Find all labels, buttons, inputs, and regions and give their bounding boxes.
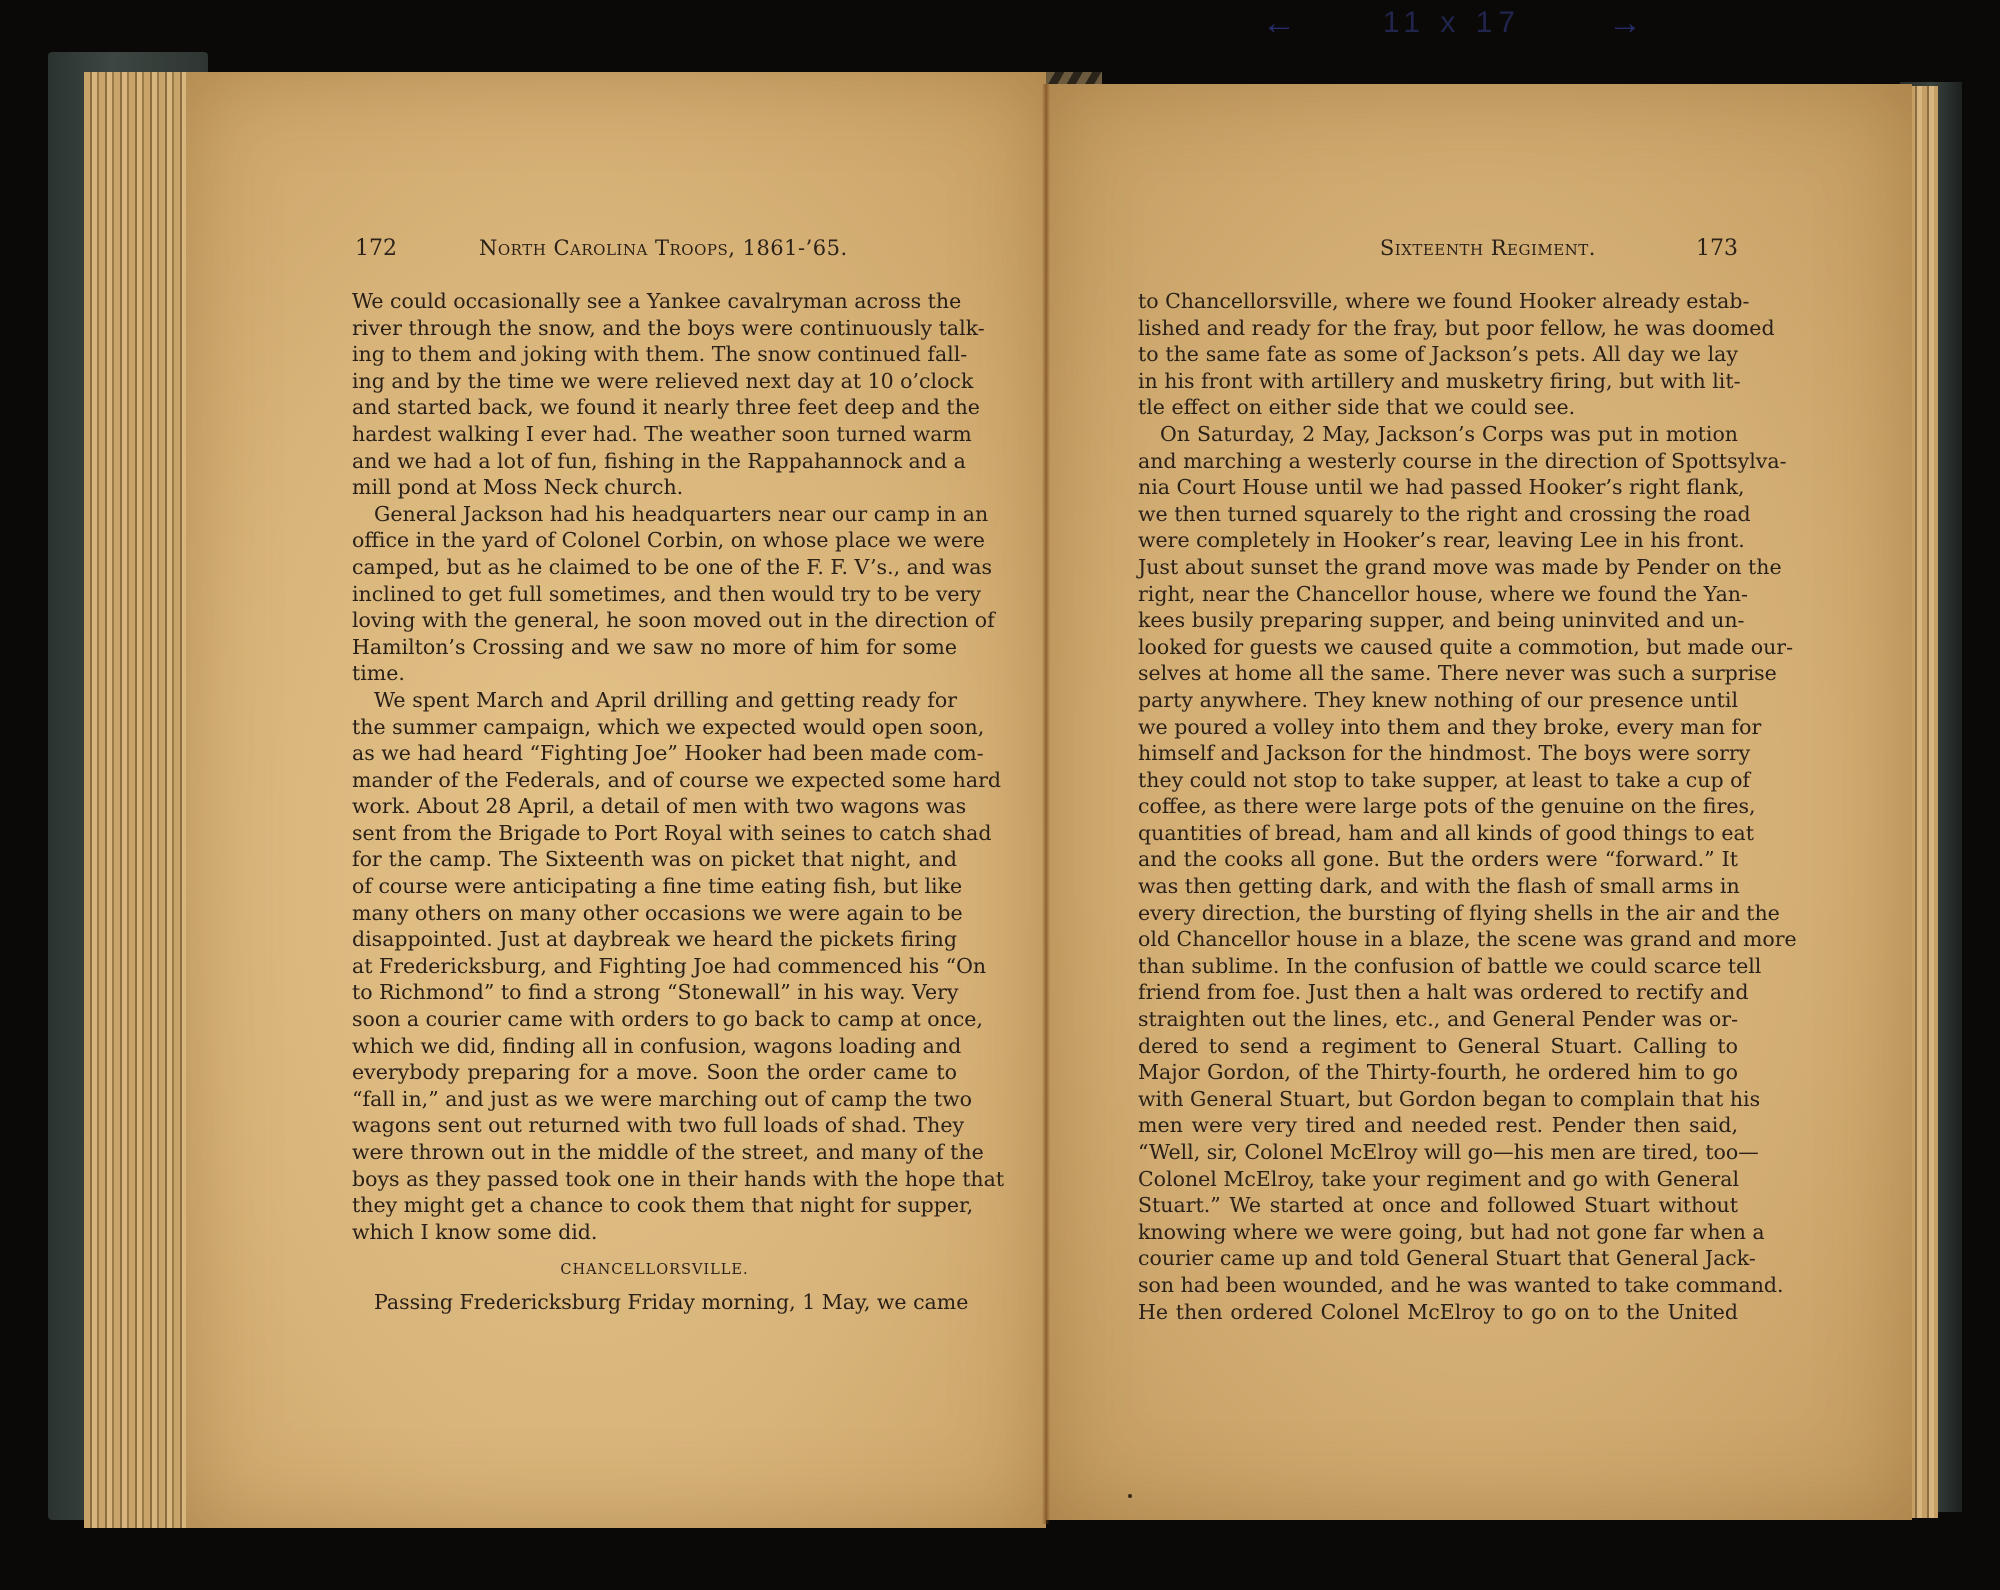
text-line: mill pond at Moss Neck church. <box>352 474 957 501</box>
text-line: We spent March and April drilling and ge… <box>352 687 957 714</box>
text-line: We could occasionally see a Yankee caval… <box>352 288 957 315</box>
text-line: old Chancellor house in a blaze, the sce… <box>1138 926 1738 953</box>
text-line: of course were anticipating a fine time … <box>352 873 957 900</box>
text-line: coffee, as there were large pots of the … <box>1138 793 1738 820</box>
text-line: friend from foe. Just then a halt was or… <box>1138 979 1738 1006</box>
text-line: son had been wounded, and he was wanted … <box>1138 1272 1738 1299</box>
page-number-left: 172 <box>355 236 397 261</box>
text-line: ing to them and joking with them. The sn… <box>352 341 957 368</box>
text-line: and started back, we found it nearly thr… <box>352 394 957 421</box>
text-line: for the camp. The Sixteenth was on picke… <box>352 846 957 873</box>
text-line: they could not stop to take supper, at l… <box>1138 767 1738 794</box>
text-line: and we had a lot of fun, fishing in the … <box>352 448 957 475</box>
text-line: many others on many other occasions we w… <box>352 900 957 927</box>
paper-speck <box>1128 1494 1132 1498</box>
text-line: loving with the general, he soon moved o… <box>352 607 957 634</box>
running-title-right: Sixteenth Regiment. <box>1380 236 1596 260</box>
section-heading: CHANCELLORSVILLE. <box>352 1245 957 1289</box>
text-line: Hamilton’s Crossing and we saw no more o… <box>352 634 957 661</box>
text-line: to Chancellorsville, where we found Hook… <box>1138 288 1738 315</box>
left-page-body: We could occasionally see a Yankee caval… <box>352 288 957 1316</box>
text-line: kees busily preparing supper, and being … <box>1138 607 1738 634</box>
text-line: He then ordered Colonel McElroy to go on… <box>1138 1299 1738 1326</box>
text-line: we poured a volley into them and they br… <box>1138 714 1738 741</box>
page-number-right: 173 <box>1696 236 1738 261</box>
text-line: which we did, finding all in confusion, … <box>352 1033 957 1060</box>
text-line: inclined to get full sometimes, and then… <box>352 581 957 608</box>
page-edges-right <box>1910 86 1938 1518</box>
text-line: at Fredericksburg, and Fighting Joe had … <box>352 953 957 980</box>
text-line: and marching a westerly course in the di… <box>1138 448 1738 475</box>
text-line: were completely in Hooker’s rear, leavin… <box>1138 527 1738 554</box>
left-running-head: 172 North Carolina Troops, 1861-’65. <box>355 236 955 266</box>
text-line: straighten out the lines, etc., and Gene… <box>1138 1006 1738 1033</box>
text-line: right, near the Chancellor house, where … <box>1138 581 1738 608</box>
text-line: with General Stuart, but Gordon began to… <box>1138 1086 1738 1113</box>
text-line: river through the snow, and the boys wer… <box>352 315 957 342</box>
text-line: to the same fate as some of Jackson’s pe… <box>1138 341 1738 368</box>
text-line: everybody preparing for a move. Soon the… <box>352 1059 957 1086</box>
text-line: disappointed. Just at daybreak we heard … <box>352 926 957 953</box>
text-line: time. <box>352 660 957 687</box>
text-line: to Richmond” to find a strong “Stonewall… <box>352 979 957 1006</box>
text-line: Colonel McElroy, take your regiment and … <box>1138 1166 1738 1193</box>
text-line: ing and by the time we were relieved nex… <box>352 368 957 395</box>
text-line: “fall in,” and just as we were marching … <box>352 1086 957 1113</box>
text-line: boys as they passed took one in their ha… <box>352 1166 957 1193</box>
text-line: himself and Jackson for the hindmost. Th… <box>1138 740 1738 767</box>
arrow-right-icon: → <box>1608 4 1642 43</box>
text-line: every direction, the bursting of flying … <box>1138 900 1738 927</box>
text-line: they might get a chance to cook them tha… <box>352 1192 957 1219</box>
text-line: Passing Fredericksburg Friday morning, 1… <box>352 1289 957 1316</box>
text-line: sent from the Brigade to Port Royal with… <box>352 820 957 847</box>
text-line: tle effect on either side that we could … <box>1138 394 1738 421</box>
text-line: we then turned squarely to the right and… <box>1138 501 1738 528</box>
running-title-left: North Carolina Troops, 1861-’65. <box>479 236 848 260</box>
text-line: General Jackson had his headquarters nea… <box>352 501 957 528</box>
text-line: which I know some did. <box>352 1219 957 1246</box>
text-line: selves at home all the same. There never… <box>1138 660 1738 687</box>
text-line: camped, but as he claimed to be one of t… <box>352 554 957 581</box>
text-line: the summer campaign, which we expected w… <box>352 714 957 741</box>
text-line: Stuart.” We started at once and followed… <box>1138 1192 1738 1219</box>
text-line: dered to send a regiment to General Stua… <box>1138 1033 1738 1060</box>
text-line: work. About 28 April, a detail of men wi… <box>352 793 957 820</box>
text-line: courier came up and told General Stuart … <box>1138 1245 1738 1272</box>
text-line: knowing where we were going, but had not… <box>1138 1219 1738 1246</box>
text-line: as we had heard “Fighting Joe” Hooker ha… <box>352 740 957 767</box>
text-line: nia Court House until we had passed Hook… <box>1138 474 1738 501</box>
arrow-left-icon: ← <box>1262 4 1296 43</box>
text-line: quantities of bread, ham and all kinds o… <box>1138 820 1738 847</box>
text-line: wagons sent out returned with two full l… <box>352 1112 957 1139</box>
scanner-size-mark: ← 11 x 17 → <box>1262 6 1642 40</box>
text-line: in his front with artillery and musketry… <box>1138 368 1738 395</box>
text-line: mander of the Federals, and of course we… <box>352 767 957 794</box>
book-gutter <box>1042 84 1050 1524</box>
text-line: lished and ready for the fray, but poor … <box>1138 315 1738 342</box>
right-page-body: to Chancellorsville, where we found Hook… <box>1138 288 1738 1325</box>
text-line: was then getting dark, and with the flas… <box>1138 873 1738 900</box>
text-line: soon a courier came with orders to go ba… <box>352 1006 957 1033</box>
text-line: Just about sunset the grand move was mad… <box>1138 554 1738 581</box>
text-line: On Saturday, 2 May, Jackson’s Corps was … <box>1138 421 1738 448</box>
text-line: looked for guests we caused quite a comm… <box>1138 634 1738 661</box>
text-line: men were very tired and needed rest. Pen… <box>1138 1112 1738 1139</box>
text-line: than sublime. In the confusion of battle… <box>1138 953 1738 980</box>
text-line: office in the yard of Colonel Corbin, on… <box>352 527 957 554</box>
right-running-head: Sixteenth Regiment. 173 <box>1138 236 1738 266</box>
text-line: “Well, sir, Colonel McElroy will go—his … <box>1138 1139 1738 1166</box>
text-line: were thrown out in the middle of the str… <box>352 1139 957 1166</box>
text-line: Major Gordon, of the Thirty-fourth, he o… <box>1138 1059 1738 1086</box>
text-line: party anywhere. They knew nothing of our… <box>1138 687 1738 714</box>
text-line: and the cooks all gone. But the orders w… <box>1138 846 1738 873</box>
page-edges-left <box>84 72 190 1528</box>
text-line: hardest walking I ever had. The weather … <box>352 421 957 448</box>
scanner-size-label: 11 x 17 <box>1383 6 1521 40</box>
